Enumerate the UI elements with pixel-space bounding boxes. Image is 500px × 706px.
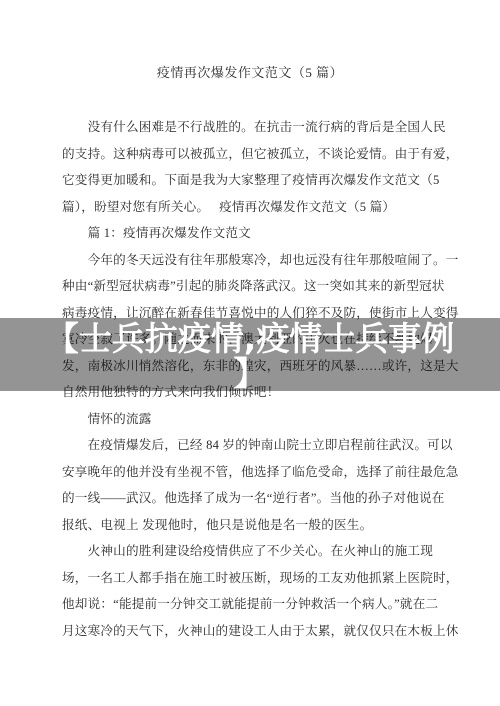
text-line: 在疫情爆发后，已经 84 岁的钟南山院士立即启程前往武汉。可以 xyxy=(62,432,440,459)
essay-paragraph-3: 火神山的胜利建设给疫情供应了不少关心。在火神山的施工现场，一名工人都手指在施工时… xyxy=(62,538,440,644)
text-line: 种由“新型冠状病毒”引起的肺炎降落武汉。这一突如其来的新型冠状 xyxy=(62,273,440,300)
intro-paragraph: 没有什么困难是不行战胜的。在抗击一流行病的背后是全国人民的支持。这种病毒可以被孤… xyxy=(62,114,440,220)
document-page: 疫情再次爆发作文范文（5 篇） 没有什么困难是不行战胜的。在抗击一流行病的背后是… xyxy=(0,0,500,706)
text-line: 月这寒冷的天气下，火神山的建设工人由于太累，就仅仅只在木板上休 xyxy=(62,618,440,645)
section2-heading: 情怀的流露 xyxy=(62,406,440,433)
text-line: 的支持。这种病毒可以被孤立，但它被孤立，不谈论爱情。由于有爱， xyxy=(62,141,440,168)
section1-heading: 篇 1：疫情再次爆发作文范文 xyxy=(62,220,440,247)
text-line: 他却说：“能提前一分钟交工就能提前一分钟救活一个病人。”就在二 xyxy=(62,591,440,618)
text-line: 的一线——武汉。他选择了成为一名“逆行者”。当他的孙子对他说在 xyxy=(62,485,440,512)
text-line: 安享晚年的他并没有坐视不管，他选择了临危受命，选择了前往最危急 xyxy=(62,459,440,486)
text-line: 它变得更加暖和。下面是我为大家整理了疫情再次爆发作文范文（5 xyxy=(62,167,440,194)
essay-paragraph-2: 在疫情爆发后，已经 84 岁的钟南山院士立即启程前往武汉。可以安享晚年的他并没有… xyxy=(62,432,440,538)
text-line: 报纸、电视上 发现他时，他只是说他是名一般的医生。 xyxy=(62,512,440,539)
document-title: 疫情再次爆发作文范文（5 篇） xyxy=(0,62,500,81)
keyword-banner-overlay: 【士兵抗疫情,疫情士兵事例】 xyxy=(0,318,500,391)
text-line: 篇），盼望对您有所关心。 疫情再次爆发作文范文（5 篇） xyxy=(62,194,440,221)
text-line: 场，一名工人都手指在施工时被压断，现场的工友劝他抓紧上医院时， xyxy=(62,565,440,592)
text-line: 】 xyxy=(46,356,455,391)
text-line: 【士兵抗疫情,疫情士兵事例 xyxy=(46,321,455,356)
text-line: 没有什么困难是不行战胜的。在抗击一流行病的背后是全国人民 xyxy=(62,114,440,141)
text-line: 火神山的胜利建设给疫情供应了不少关心。在火神山的施工现 xyxy=(62,538,440,565)
keyword-banner-text: 【士兵抗疫情,疫情士兵事例】 xyxy=(46,321,455,391)
text-line: 今年的冬天远没有往年那般寒冷，却也远没有往年那般喧闹了。一 xyxy=(62,247,440,274)
